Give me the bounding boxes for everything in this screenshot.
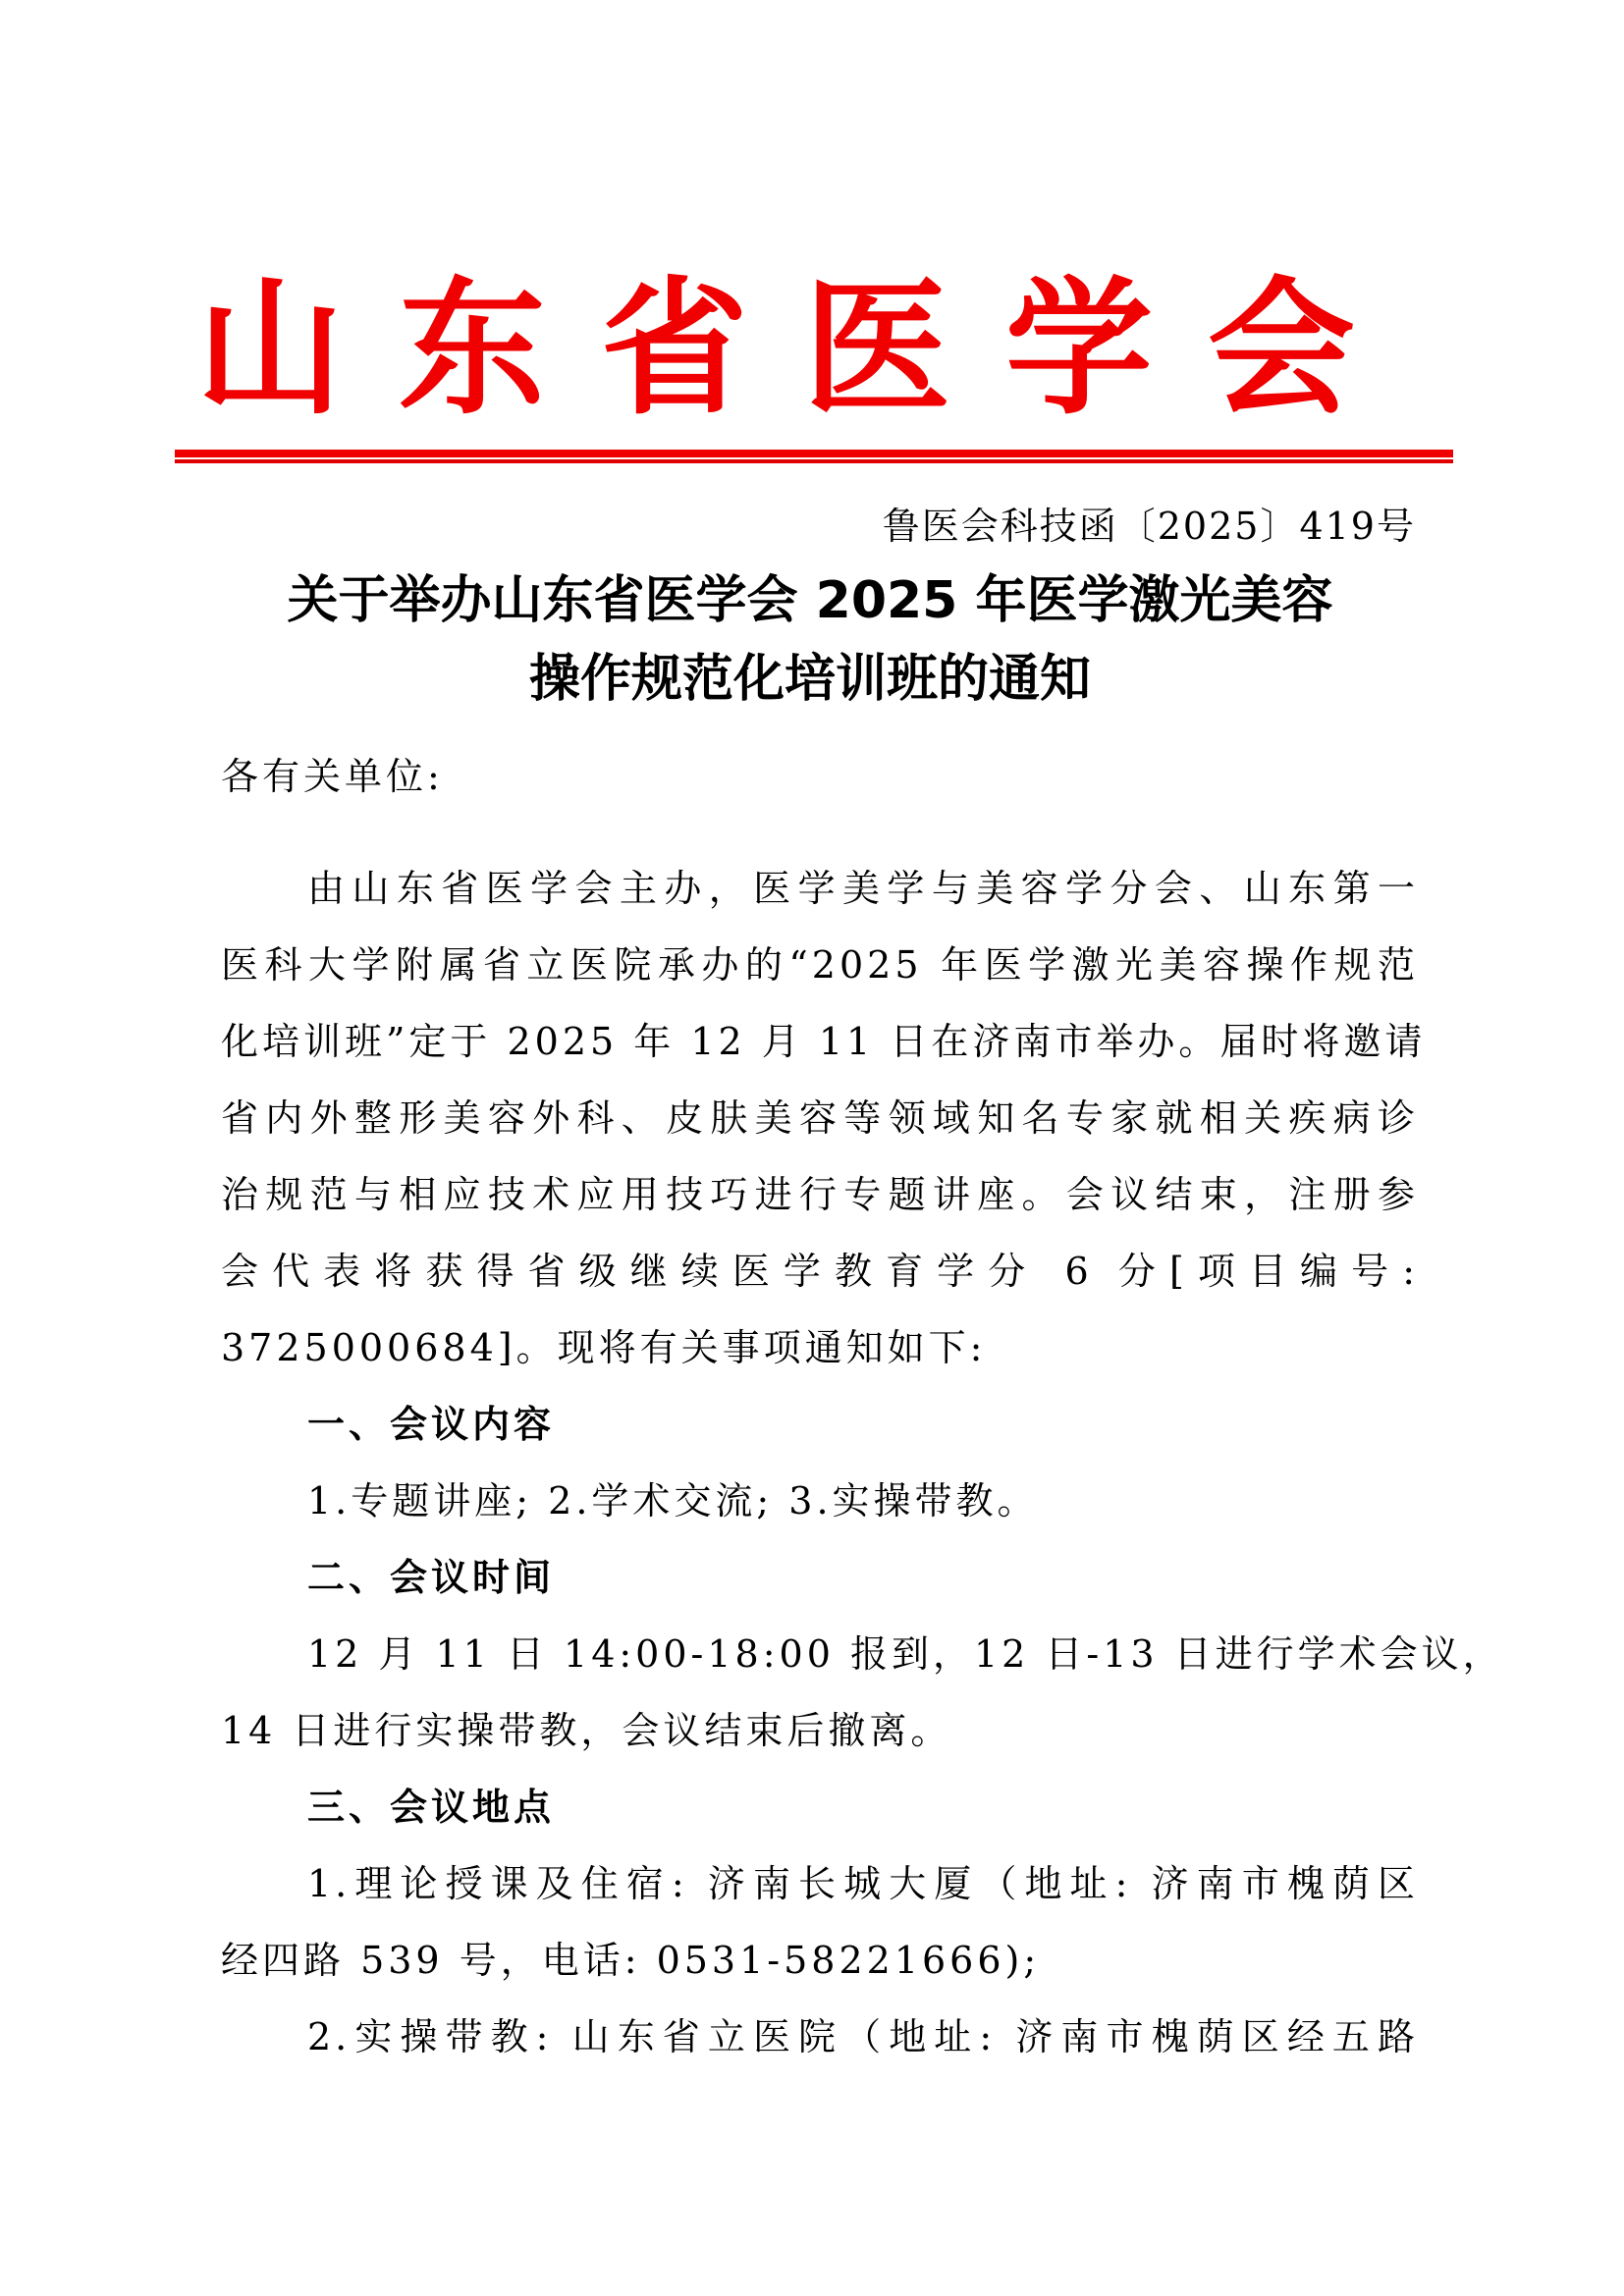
section-line: 2.实操带教: 山东省立医院（地址: 济南市槐荫区经五路 — [221, 1999, 1419, 2075]
section-heading-content: 一、会议内容 — [221, 1386, 1419, 1463]
section-heading-time: 二、会议时间 — [221, 1539, 1419, 1616]
letterhead-char: 山 — [196, 275, 344, 422]
letterhead-title: 山 东 省 医 学 会 — [196, 265, 1355, 432]
intro-line: 治规范与相应技术应用技巧进行专题讲座。会议结束，注册参 — [221, 1156, 1419, 1233]
intro-line: 化培训班”定于 2025 年 12 月 11 日在济南市举办。届时将邀请 — [221, 1003, 1419, 1080]
intro-line: 省内外整形美容外科、皮肤美容等领域知名专家就相关疾病诊 — [221, 1080, 1419, 1156]
section-line: 经四路 539 号，电话: 0531-58221666); — [221, 1922, 1419, 1999]
section-line: 12 月 11 日 14:00-18:00 报到，12 日-13 日进行学术会议… — [221, 1616, 1419, 1692]
letterhead-char: 会 — [1208, 275, 1355, 422]
title-line-1: 关于举办山东省医学会 2025 年医学激光美容 — [177, 561, 1443, 640]
letterhead-divider-thin — [175, 459, 1453, 463]
letterhead-char: 省 — [601, 275, 748, 422]
document-number: 鲁医会科技函〔2025〕419号 — [883, 496, 1416, 550]
document-title: 关于举办山东省医学会 2025 年医学激光美容 操作规范化培训班的通知 — [177, 561, 1443, 719]
letterhead-divider-thick — [175, 450, 1453, 457]
letterhead-char: 学 — [1005, 275, 1153, 422]
intro-line: 3725000684]。现将有关事项通知如下: — [221, 1309, 1419, 1386]
document-body: 各有关单位: 由山东省医学会主办，医学美学与美容学分会、山东第一 医科大学附属省… — [221, 738, 1419, 2075]
section-line: 14 日进行实操带教，会议结束后撤离。 — [221, 1692, 1419, 1769]
salutation: 各有关单位: — [221, 738, 1419, 815]
section-heading-venue: 三、会议地点 — [221, 1769, 1419, 1845]
title-line-2: 操作规范化培训班的通知 — [177, 640, 1443, 719]
intro-line: 会代表将获得省级继续医学教育学分 6 分[项目编号: — [221, 1233, 1419, 1309]
intro-line: 由山东省医学会主办，医学美学与美容学分会、山东第一 — [221, 850, 1419, 927]
section-line: 1.理论授课及住宿: 济南长城大厦（地址: 济南市槐荫区 — [221, 1845, 1419, 1922]
letterhead-char: 东 — [399, 275, 546, 422]
intro-line: 医科大学附属省立医院承办的“2025 年医学激光美容操作规范 — [221, 927, 1419, 1003]
section-line: 1.专题讲座; 2.学术交流; 3.实操带教。 — [221, 1463, 1419, 1539]
letterhead-char: 医 — [803, 275, 950, 422]
